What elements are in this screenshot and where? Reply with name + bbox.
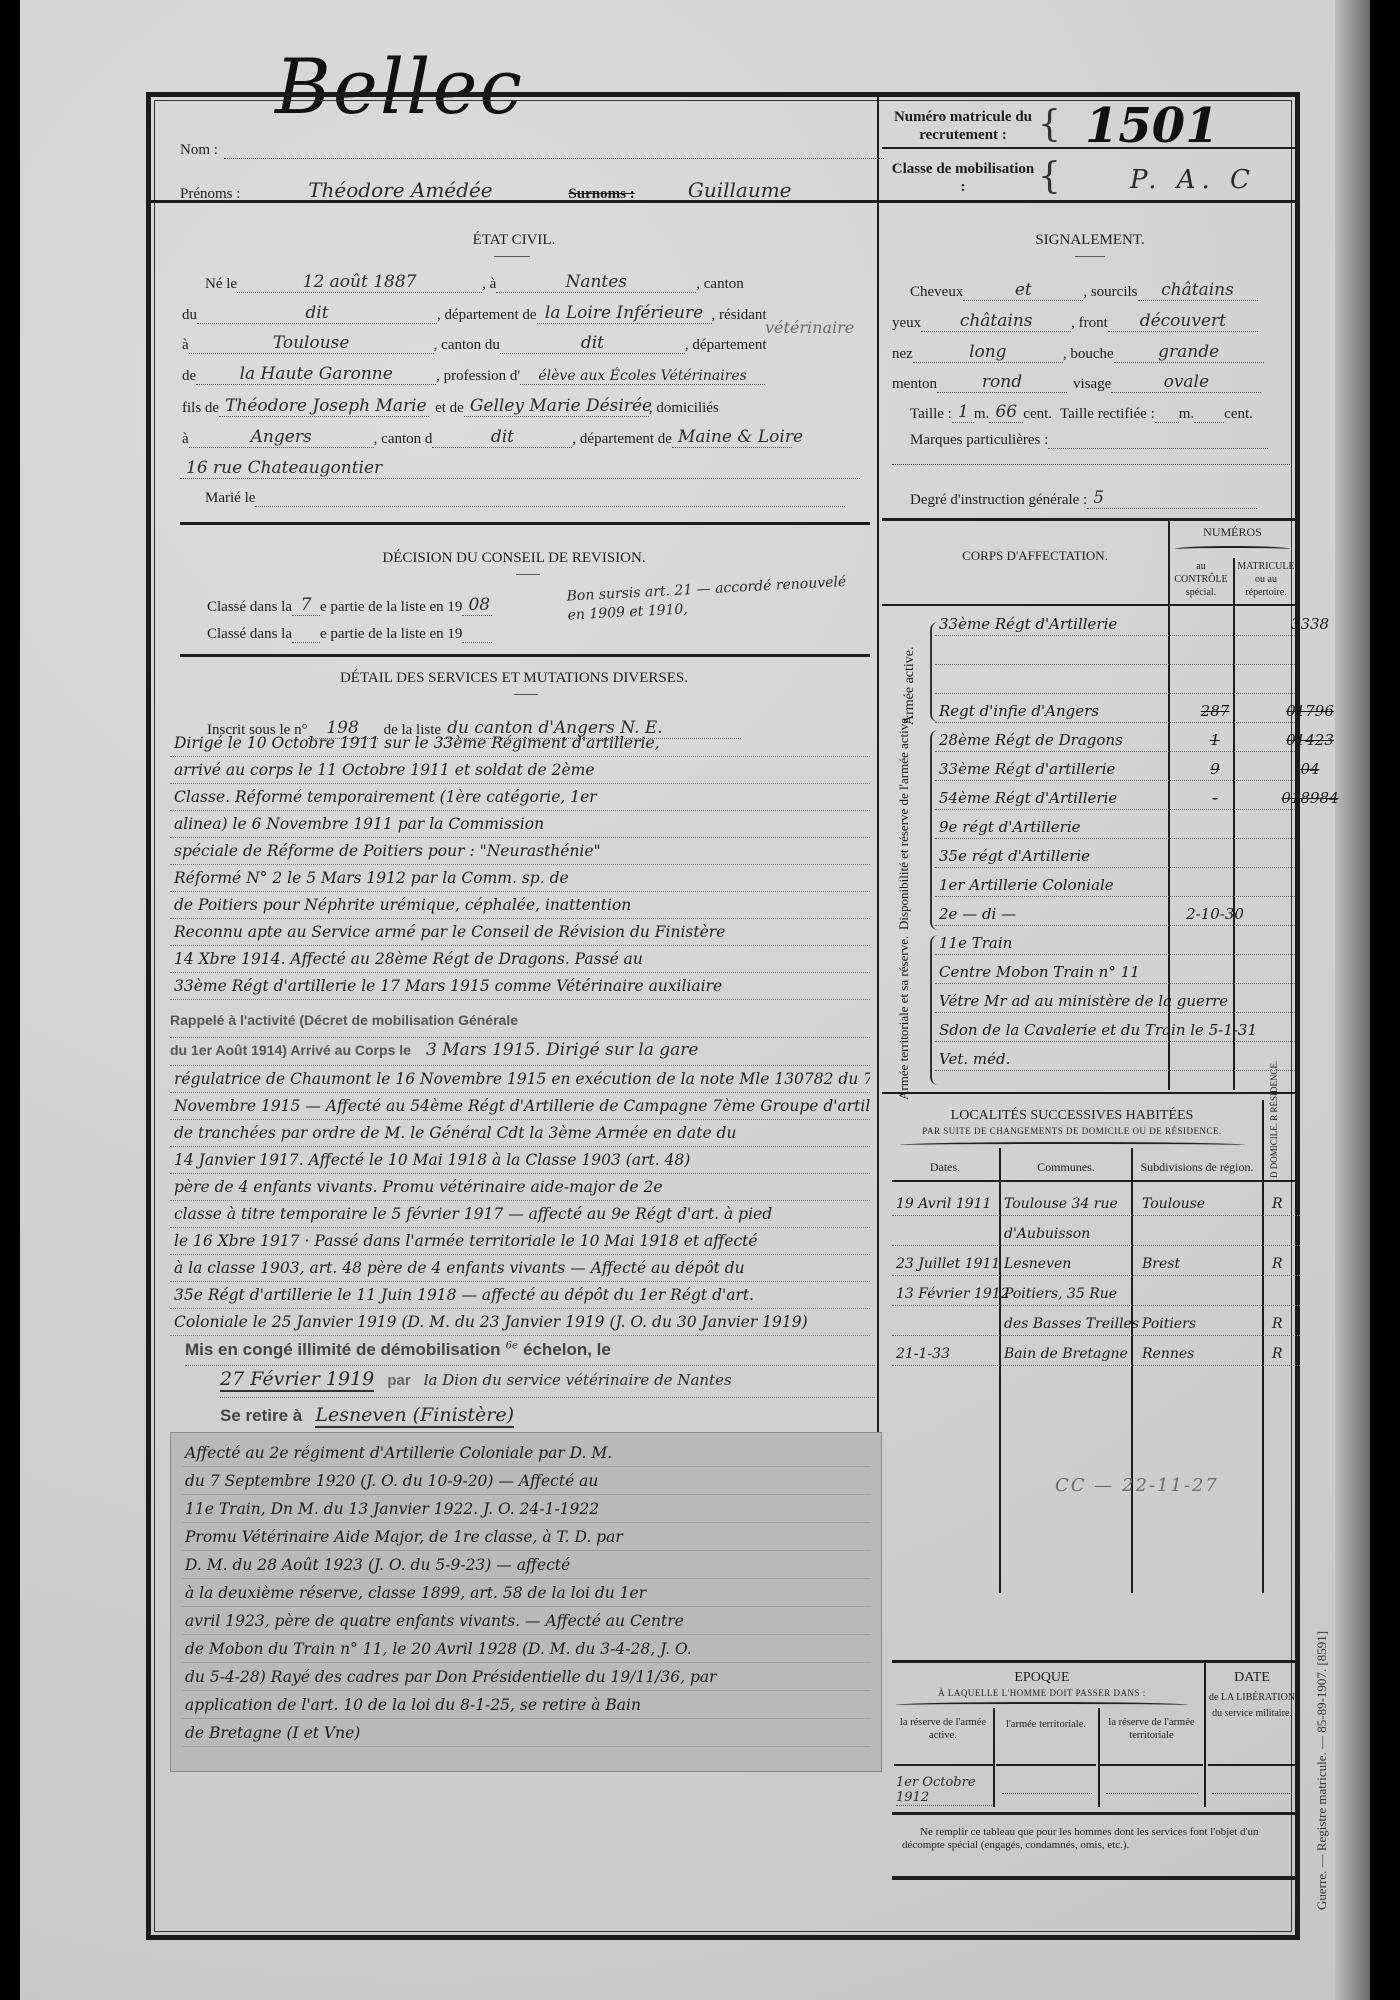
arrive-stamp: du 1er Août 1914) Arrivé au Corps le	[170, 1042, 411, 1058]
front-value: découvert	[1108, 311, 1258, 332]
par-value: la Dion du service vétérinaire de Nantes	[424, 1371, 732, 1389]
col-armee-territoriale: l'armée territoriale.	[996, 1716, 1096, 1734]
divider	[892, 1660, 1295, 1663]
corps-name: 28ème Régt de Dragons	[939, 731, 1123, 749]
localite-row: 13 Février 1912Poitiers, 35 Rue	[892, 1278, 1300, 1306]
cent-label: cent.	[1023, 406, 1052, 423]
service-line: Affecté au 2e régiment d'Artillerie Colo…	[181, 1439, 871, 1467]
cheveux-label: Cheveux	[910, 284, 963, 301]
cent-label: cent.	[1224, 406, 1253, 423]
nom-label: Nom :	[180, 142, 218, 159]
departement-value: la Loire Inférieure	[537, 303, 712, 324]
profession-correction: vétérinaire	[765, 318, 854, 337]
corps-name: 2e — di —	[939, 905, 1016, 923]
arrive-value: 3 Mars 1915. Dirigé sur la gare	[426, 1040, 698, 1060]
column-divider	[993, 1708, 995, 1807]
conseil-title: DÉCISION DU CONSEIL DE REVISION.	[151, 550, 877, 567]
section-armee-active: Armée active.	[902, 615, 918, 725]
service-line: Coloniale le 25 Janvier 1919 (D. M. du 2…	[170, 1309, 870, 1336]
corps-name: 33ème Régt d'Artillerie	[939, 615, 1117, 633]
taille-rect-cent-value	[1194, 422, 1224, 423]
corps-row: 35e régt d'Artillerie	[935, 842, 1295, 868]
profession-label: , profession d'	[436, 368, 520, 385]
page-edge-shadow	[1335, 0, 1370, 2000]
menton-value: rond	[937, 372, 1067, 393]
marie-row: Marié le	[205, 490, 845, 507]
nez-row: nez long , bouche grande	[892, 342, 1264, 363]
matricule-number: 3338	[1260, 615, 1360, 633]
conge-date-value: 27 Février 1919	[220, 1368, 374, 1392]
menton-row: menton rond visage ovale	[892, 372, 1261, 393]
epoque-subtitle: À LAQUELLE L'HOMME DOIT PASSER DANS :	[892, 1688, 1192, 1698]
service-line: Promu Vétérinaire Aide Major, de 1re cla…	[181, 1523, 871, 1551]
canton-d-value: dit	[432, 427, 572, 448]
section-disponibilite: Disponibilité et réserve de l'armée acti…	[896, 740, 911, 930]
cheveux-row: Cheveux et , sourcils châtains	[910, 280, 1258, 301]
commune-value: des Basses Treilles	[1004, 1316, 1139, 1332]
corps-name: 1er Artillerie Coloniale	[939, 876, 1114, 894]
matricule-header: MATRICULE ou au répertoire.	[1235, 560, 1297, 599]
pere-value: Théodore Joseph Marie	[219, 396, 429, 417]
sourcils-label: , sourcils	[1083, 284, 1137, 301]
marie-label: Marié le	[205, 490, 255, 507]
matricule-number: 04	[1260, 760, 1360, 778]
conge-date-row: 27 Février 1919 par la Dion du service v…	[220, 1368, 875, 1398]
service-line: 33ème Régt d'artillerie le 17 Mars 1915 …	[170, 973, 870, 1000]
fils-de-label: fils de	[182, 400, 219, 417]
sourcils-value: châtains	[1138, 280, 1258, 301]
val-reserve-active: 1er Octobre 1912	[896, 1775, 992, 1806]
divider	[882, 1092, 1295, 1094]
marie-value	[255, 506, 845, 507]
de-label: de	[182, 368, 196, 385]
corps-row: Vétre Mr ad au ministère de la guerre	[935, 987, 1295, 1013]
col-date-title: DATE	[1206, 1670, 1298, 1686]
section-territoriale: Armée territoriale et sa réserve.	[896, 940, 911, 1100]
service-line: classe à titre temporaire le 5 février 1…	[170, 1201, 870, 1228]
corps-row: Regt d'infie d'Angers28701796	[935, 697, 1295, 723]
corps-name: 33ème Régt d'artillerie	[939, 760, 1115, 778]
taille-m-value: 1	[952, 402, 974, 423]
subdivision-value: Toulouse	[1142, 1196, 1205, 1212]
domicile-a-label: à	[182, 431, 189, 448]
canton-label: , canton	[696, 276, 743, 293]
adresse-row: 16 rue Chateaugontier	[180, 458, 860, 479]
conge-stamp: Mis en congé illimité de démobilisation	[185, 1340, 501, 1359]
column-divider	[877, 97, 879, 1439]
divider	[882, 518, 1295, 521]
service-line: à la classe 1903, art. 48 père de 4 enfa…	[170, 1255, 870, 1282]
corps-name: 11e Train	[939, 934, 1012, 952]
service-line: 11e Train, Dn M. du 13 Janvier 1922. J. …	[181, 1495, 871, 1523]
marques-row: Marques particulières :	[910, 432, 1268, 449]
yeux-label: yeux	[892, 315, 921, 332]
service-line: Dirigé le 10 Octobre 1911 sur le 33ème R…	[170, 730, 870, 757]
date-value: 13 Février 1912	[896, 1286, 1010, 1302]
divider	[882, 604, 1295, 606]
matricule-number: 018984	[1260, 789, 1360, 807]
departement3-label: , département de	[572, 431, 672, 448]
service-line: 14 Xbre 1914. Affecté au 28ème Régt de D…	[170, 946, 870, 973]
brace-icon: {	[1038, 156, 1061, 197]
classe-row-1: Classé dans la 7 e partie de la liste en…	[207, 595, 492, 616]
front-label: , front	[1071, 315, 1108, 332]
corps-name: Vet. méd.	[939, 1050, 1010, 1068]
corps-row: Vet. méd.	[935, 1045, 1295, 1071]
dr-value: R	[1272, 1316, 1283, 1332]
date-value: 23 Juillet 1911	[896, 1256, 1000, 1272]
du-label: du	[182, 307, 197, 324]
localite-row: 23 Juillet 1911LesnevenBrestR	[892, 1248, 1300, 1276]
rappele-stamp: Rappelé à l'activité (Décret de mobilisa…	[170, 1012, 870, 1038]
naissance-row: Né le 12 août 1887 , à Nantes , canton	[205, 272, 744, 293]
localite-row: 19 Avril 1911Toulouse 34 rueToulouseR	[892, 1188, 1300, 1216]
controle-number: 1	[1175, 731, 1255, 749]
localite-row: 21-1-33Bain de BretagneRennesR	[892, 1338, 1300, 1366]
corps-row: 1er Artillerie Coloniale	[935, 871, 1295, 897]
date-value: 19 Avril 1911	[896, 1196, 991, 1212]
localites-subtitle: PAR SUITE DE CHANGEMENTS DE DOMICILE OU …	[892, 1126, 1252, 1136]
visage-label: visage	[1073, 376, 1111, 393]
m-label: m.	[974, 406, 989, 423]
epoque-brace	[896, 1702, 1188, 1708]
yeux-value: châtains	[921, 311, 1071, 332]
degre-value: 5	[1087, 488, 1257, 509]
divider	[892, 1876, 1295, 1880]
divider	[494, 256, 530, 257]
corps-row: Sdon de la Cavalerie et du Train le 5-1-…	[935, 1016, 1295, 1042]
classe-row-2: Classé dans la e partie de la liste en 1…	[207, 626, 492, 643]
subdivision-value: Poitiers	[1142, 1316, 1196, 1332]
val-reserve-territoriale	[1106, 1793, 1198, 1794]
m-label: m.	[1179, 406, 1194, 423]
service-line: D. M. du 28 Août 1923 (J. O. du 5-9-23) …	[181, 1551, 871, 1579]
col-dates: Dates.	[892, 1160, 998, 1175]
marques-label: Marques particulières :	[910, 432, 1048, 449]
controle-number: 287	[1175, 702, 1255, 720]
service-line: régulatrice de Chaumont le 16 Novembre 1…	[170, 1066, 870, 1093]
partie-value	[292, 642, 320, 643]
partie-value: 7	[292, 595, 320, 616]
service-line: application de l'art. 10 de la loi du 8-…	[181, 1691, 871, 1719]
service-line: Classe. Réformé temporairement (1ère cat…	[170, 784, 870, 811]
signalement-title: SIGNALEMENT.	[880, 232, 1300, 249]
cheveux-value: et	[963, 280, 1083, 301]
corps-row	[935, 668, 1295, 694]
divider	[892, 1180, 1295, 1182]
matricule-number: 01796	[1260, 702, 1360, 720]
divider	[514, 694, 538, 695]
classe-dans-label: Classé dans la	[207, 599, 292, 616]
partie-label: e partie de la liste en 19	[320, 599, 462, 616]
menton-label: menton	[892, 376, 937, 393]
col-communes: Communes.	[1001, 1160, 1131, 1175]
service-line: avril 1923, père de quatre enfants vivan…	[181, 1607, 871, 1635]
corps-row: Centre Mobon Train n° 11	[935, 958, 1295, 984]
numeros-brace	[1175, 546, 1290, 552]
services-title: DÉTAIL DES SERVICES ET MUTATIONS DIVERSE…	[151, 670, 877, 687]
taille-label: Taille :	[910, 406, 952, 423]
localites-brace	[900, 1142, 1245, 1148]
etat-civil-title: ÉTAT CIVIL.	[151, 232, 877, 249]
adresse-value: 16 rue Chateaugontier	[180, 458, 860, 479]
et-de-label: et de	[435, 400, 464, 417]
residence-a-label: à	[182, 337, 189, 354]
se-retire-value: Lesneven (Finistère)	[315, 1404, 514, 1428]
commune-value: Poitiers, 35 Rue	[1004, 1286, 1117, 1302]
divider	[516, 574, 540, 575]
service-line: alinea) le 6 Novembre 1911 par la Commis…	[170, 811, 870, 838]
corps-row: 28ème Régt de Dragons101423	[935, 726, 1295, 752]
corps-row: 54ème Régt d'Artillerie-018984	[935, 784, 1295, 810]
parents-row: fils de Théodore Joseph Marie et de Gell…	[182, 396, 719, 417]
bouche-value: grande	[1114, 342, 1264, 363]
service-line: spéciale de Réforme de Poitiers pour : "…	[170, 838, 870, 865]
controle-header: au CONTRÔLE spécial.	[1170, 560, 1232, 599]
divider	[1075, 256, 1105, 257]
corps-row	[935, 639, 1295, 665]
document-page: Bellec 1501 P. A. C Nom : Prénoms : Théo…	[20, 0, 1370, 2000]
taille-rect-m-value	[1155, 422, 1179, 423]
nez-value: long	[913, 342, 1063, 363]
service-line: Réformé N° 2 le 5 Mars 1912 par la Comm.…	[170, 865, 870, 892]
residant-label: , résidant	[712, 307, 767, 324]
service-line: 14 Janvier 1917. Affecté le 10 Mai 1918 …	[170, 1147, 870, 1174]
se-retire-label: Se retire à	[220, 1406, 302, 1425]
nom-line	[224, 158, 884, 159]
divider	[180, 654, 870, 657]
year-value: 08	[462, 595, 492, 616]
service-line: du 5-4-28) Rayé des cadres par Don Prési…	[181, 1663, 871, 1691]
arrive-row: du 1er Août 1914) Arrivé au Corps le 3 M…	[170, 1040, 870, 1066]
col-subdivisions: Subdivisions de région.	[1133, 1160, 1261, 1175]
departement3-value: Maine & Loire	[672, 427, 792, 448]
service-line: Novembre 1915 — Affecté au 54ème Régt d'…	[170, 1093, 870, 1120]
service-line: 35e Régt d'artillerie le 11 Juin 1918 — …	[170, 1282, 870, 1309]
canton-d-label: , canton d	[374, 431, 433, 448]
profession-row: de la Haute Garonne , profession d' élèv…	[182, 364, 765, 385]
val-liberation	[1212, 1793, 1292, 1794]
commune-value: d'Aubuisson	[1004, 1226, 1090, 1242]
ne-le-label: Né le	[205, 276, 237, 293]
corps-row: 11e Train	[935, 929, 1295, 955]
service-line: père de 4 enfants vivants. Promu vétérin…	[170, 1174, 870, 1201]
mere-value: Gelley Marie Désirée	[464, 396, 649, 417]
controle-number: 2-10-30	[1175, 905, 1255, 923]
marques-extra-line	[892, 464, 1292, 465]
corps-name: Regt d'infie d'Angers	[939, 702, 1099, 720]
dr-value: R	[1272, 1346, 1283, 1362]
dr-value: R	[1272, 1256, 1283, 1272]
commune-value: Lesneven	[1004, 1256, 1071, 1272]
brace-icon: {	[1038, 104, 1061, 145]
val-armee-territoriale	[1002, 1793, 1092, 1794]
services-lines-2: régulatrice de Chaumont le 16 Novembre 1…	[170, 1066, 870, 1336]
profession-value: élève aux Écoles Vétérinaires	[520, 368, 765, 385]
canton-du-label: , canton du	[434, 337, 500, 354]
localite-row: des Basses TreillesPoitiersR	[892, 1308, 1300, 1336]
nom-row: Nom :	[180, 142, 884, 159]
col-date-liberation: de LA LIBÉRATION du service militaire.	[1206, 1690, 1298, 1722]
yeux-row: yeux châtains , front découvert	[892, 311, 1258, 332]
corps-row: 33ème Régt d'artillerie904	[935, 755, 1295, 781]
degre-row: Degré d'instruction générale : 5	[910, 488, 1257, 509]
partie-label: e partie de la liste en 19	[320, 626, 462, 643]
service-line: de Bretagne (I et Vne)	[181, 1719, 871, 1747]
taille-cent-value: 66	[989, 402, 1023, 423]
classe-label: Classe de mobilisation :	[888, 160, 1038, 196]
services-lines-1: Dirigé le 10 Octobre 1911 sur le 33ème R…	[170, 730, 870, 1000]
corps-row: 2e — di —2-10-30	[935, 900, 1295, 926]
service-line: de Poitiers pour Néphrite urémique, céph…	[170, 892, 870, 919]
echelon-value: 6e	[506, 1341, 518, 1352]
matricule-label: Numéro matricule du recrutement :	[888, 108, 1038, 144]
domicile-row: à Angers , canton d dit , département de…	[182, 427, 792, 448]
epoque-title: EPOQUE	[892, 1670, 1192, 1686]
corps-name: 9e régt d'Artillerie	[939, 818, 1081, 836]
controle-number: 9	[1175, 760, 1255, 778]
departement2-label: , département	[685, 337, 767, 354]
controle-number: -	[1175, 789, 1255, 807]
service-line: Reconnu apte au Service armé par le Cons…	[170, 919, 870, 946]
divider	[1100, 1764, 1203, 1766]
corps-name: 54ème Régt d'Artillerie	[939, 789, 1117, 807]
departement-label: , département de	[437, 307, 537, 324]
a-value: Nantes	[496, 272, 696, 293]
subdivision-value: Rennes	[1142, 1346, 1194, 1362]
service-line: le 16 Xbre 1917 · Passé dans l'armée ter…	[170, 1228, 870, 1255]
residence-value: Toulouse	[189, 333, 434, 354]
epoque-note: Ne remplir ce tableau que pour les homme…	[902, 1826, 1297, 1852]
dr-value: R	[1272, 1196, 1283, 1212]
divider	[1208, 1764, 1295, 1766]
commune-value: Toulouse 34 rue	[1004, 1196, 1118, 1212]
numeros-header: NUMÉROS	[1170, 525, 1295, 540]
corps-header: CORPS D'AFFECTATION.	[900, 548, 1170, 564]
divider	[151, 200, 1300, 203]
service-line: du 7 Septembre 1920 (J. O. du 10-9-20) —…	[181, 1467, 871, 1495]
pasted-annotation-slip: Affecté au 2e régiment d'Artillerie Colo…	[170, 1432, 882, 1772]
visage-value: ovale	[1111, 372, 1261, 393]
col-reserve-active: la réserve de l'armée active.	[894, 1716, 992, 1742]
a-label: , à	[482, 276, 496, 293]
pasted-lines: Affecté au 2e régiment d'Artillerie Colo…	[171, 1433, 881, 1753]
matricule-number: 01423	[1260, 731, 1360, 749]
nez-label: nez	[892, 346, 913, 363]
commune-value: Bain de Bretagne	[1004, 1346, 1128, 1362]
divider	[894, 1764, 993, 1766]
corps-name: 35e régt d'Artillerie	[939, 847, 1090, 865]
taille-row: Taille : 1 m. 66 cent. Taille rectifiée …	[910, 402, 1253, 423]
subdivision-value: Brest	[1142, 1256, 1180, 1272]
residence-row: à Toulouse , canton du dit , département	[182, 333, 767, 354]
conge-row: Mis en congé illimité de démobilisation …	[185, 1340, 875, 1366]
registre-imprint: Guerre. — Registre matricule. — 85-89-19…	[1314, 1350, 1330, 1910]
divider	[180, 522, 870, 525]
date-value: 21-1-33	[896, 1346, 950, 1362]
marques-value	[1048, 448, 1268, 449]
corps-row: 33ème Régt d'Artillerie3338	[935, 610, 1295, 636]
par-label: par	[387, 1372, 410, 1389]
corps-name: Sdon de la Cavalerie et du Train le 5-1-…	[939, 1021, 1257, 1039]
divider	[892, 1812, 1295, 1815]
echelon-label: échelon, le	[523, 1340, 611, 1359]
divider	[996, 1764, 1096, 1766]
corps-name: Vétre Mr ad au ministère de la guerre	[939, 992, 1228, 1010]
service-line: à la deuxième réserve, classe 1899, art.…	[181, 1579, 871, 1607]
taille-rectifiee-label: Taille rectifiée :	[1060, 406, 1155, 423]
service-line: de tranchées par ordre de M. le Général …	[170, 1120, 870, 1147]
corps-name: Centre Mobon Train n° 11	[939, 963, 1140, 981]
col-reserve-territoriale: la réserve de l'armée territoriale	[1100, 1716, 1203, 1742]
canton-value: dit	[197, 303, 437, 324]
col-domicile-residence: D DOMICILE. R RÉSIDENCE.	[1268, 1108, 1280, 1178]
bouche-label: , bouche	[1063, 346, 1114, 363]
year-value	[462, 642, 492, 643]
domicile-value: Angers	[189, 427, 374, 448]
localites-title: LOCALITÉS SUCCESSIVES HABITÉES	[892, 1108, 1252, 1124]
corps-row: 9e régt d'Artillerie	[935, 813, 1295, 839]
departement2-value: la Haute Garonne	[196, 364, 436, 385]
localite-row: d'Aubuisson	[892, 1218, 1300, 1246]
ne-le-value: 12 août 1887	[237, 272, 482, 293]
divider	[882, 147, 1295, 149]
canton-du-value: dit	[500, 333, 685, 354]
service-line: de Mobon du Train n° 11, le 20 Avril 192…	[181, 1635, 871, 1663]
domicilies-label: , domiciliés	[649, 400, 719, 417]
service-line: arrivé au corps le 11 Octobre 1911 et so…	[170, 757, 870, 784]
degre-label: Degré d'instruction générale :	[910, 492, 1087, 509]
cc-stamp: CC — 22-11-27	[1055, 1475, 1219, 1496]
classe-dans-label: Classé dans la	[207, 626, 292, 643]
departement-row: du dit , département de la Loire Inférie…	[182, 303, 767, 324]
se-retire-row: Se retire à Lesneven (Finistère)	[220, 1404, 875, 1434]
